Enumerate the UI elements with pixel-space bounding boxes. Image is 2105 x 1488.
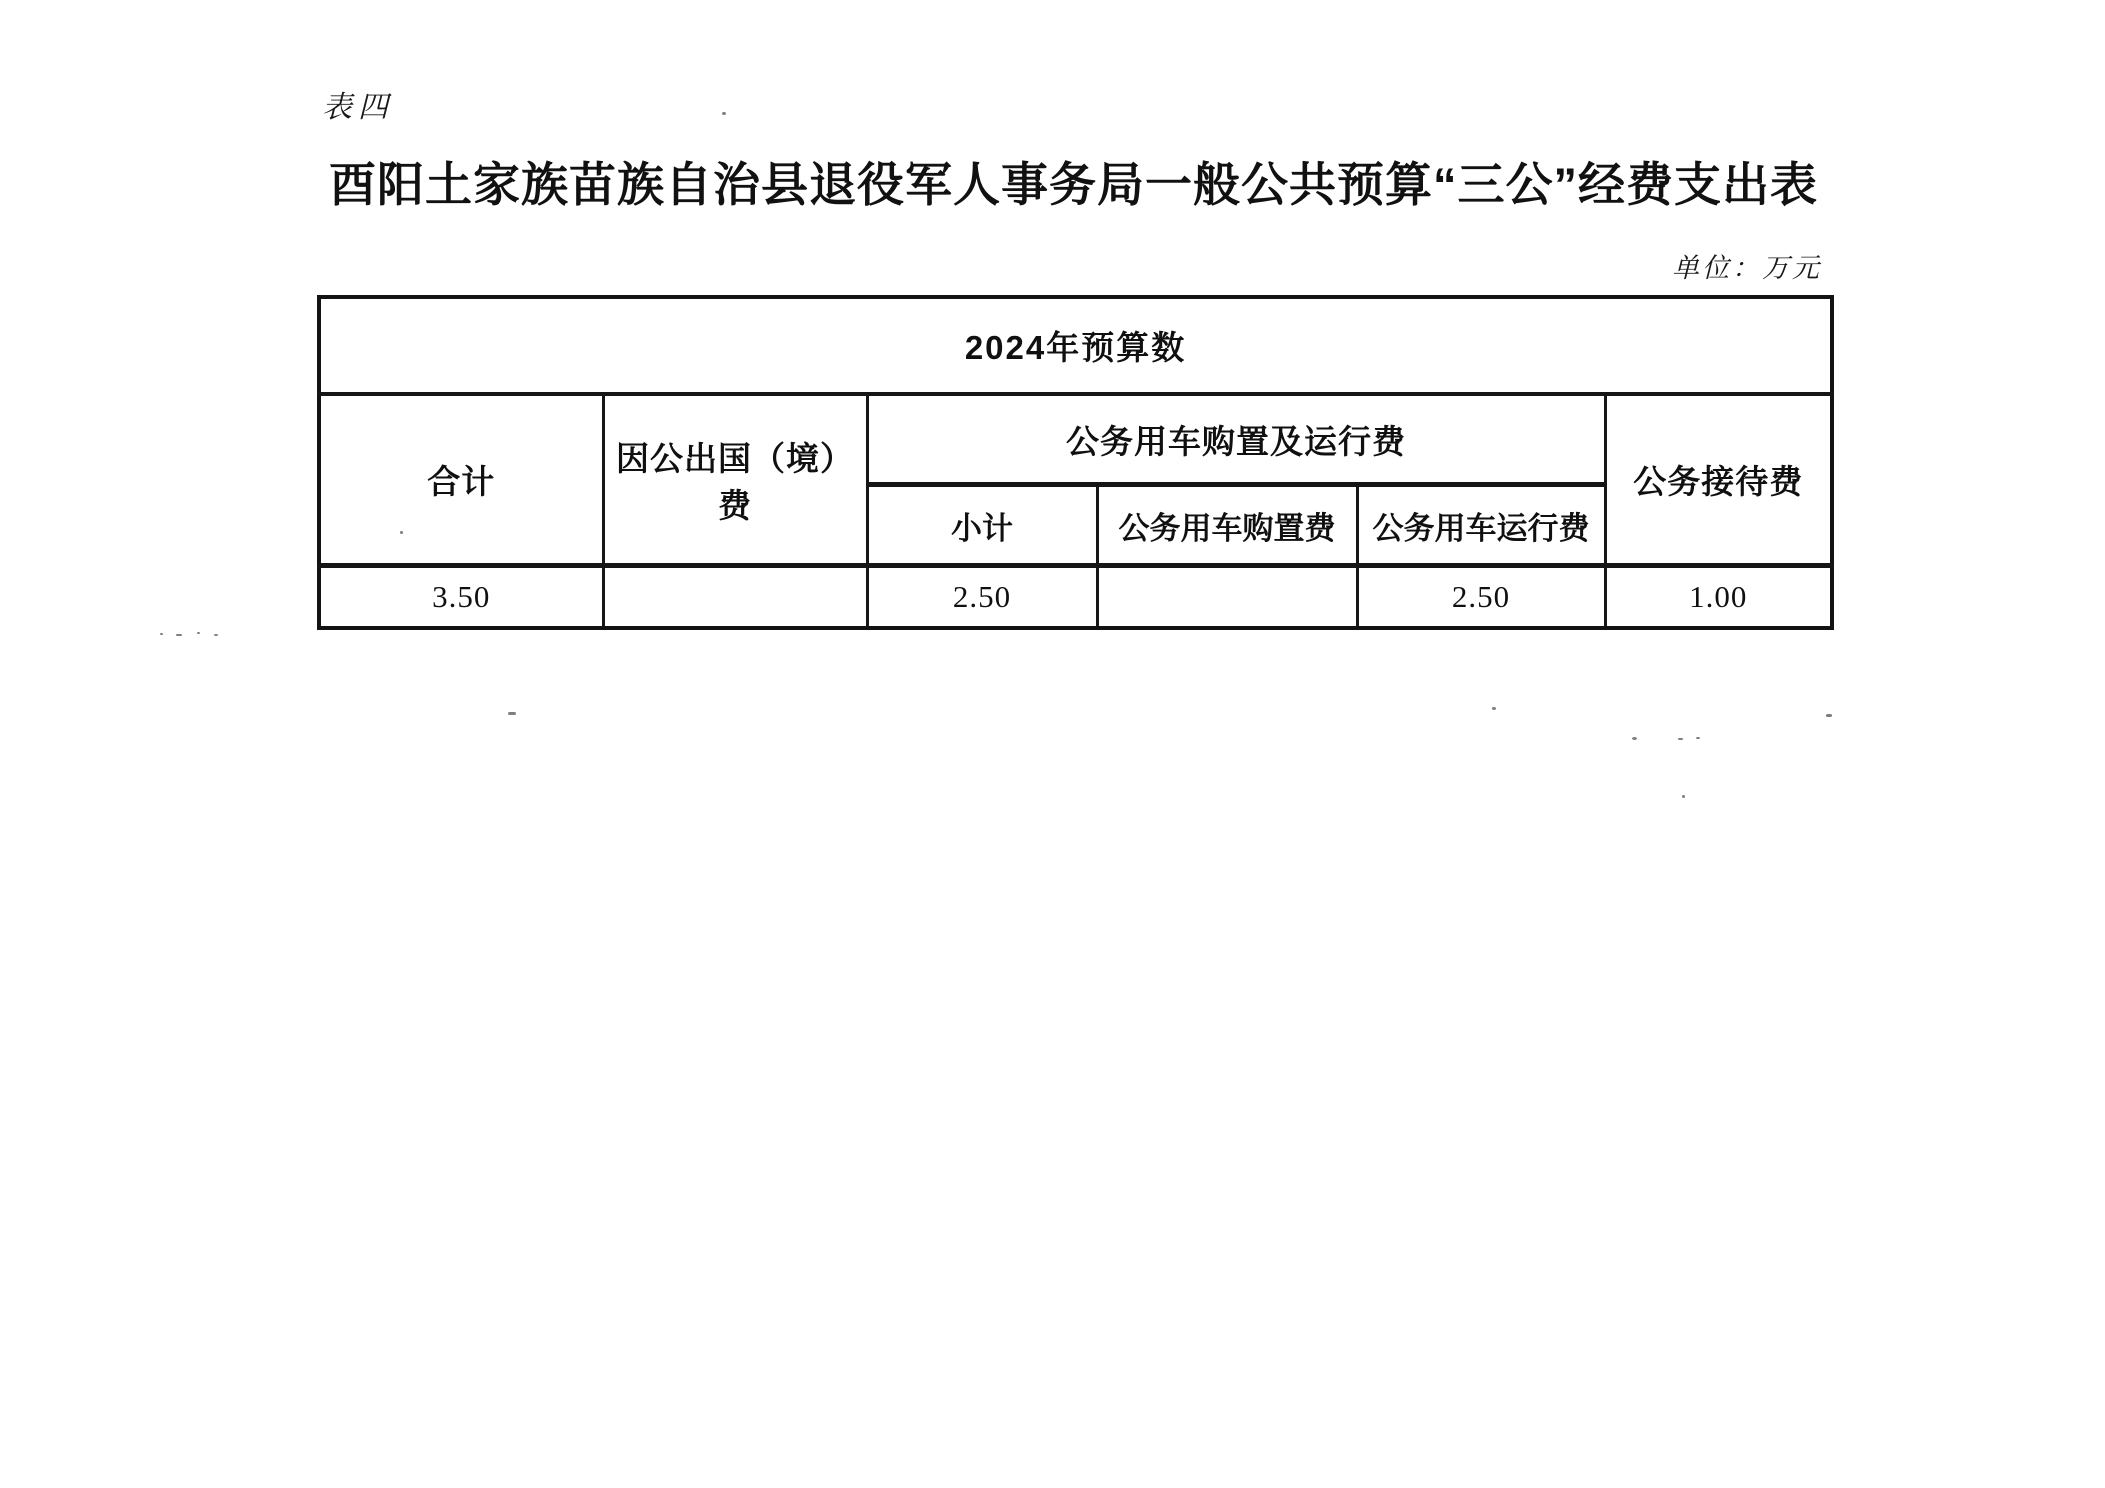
table-number-label: 表四	[322, 82, 394, 126]
scan-speck	[508, 712, 516, 715]
table-row-values: 3.50 2.50 2.50 1.00	[319, 566, 1832, 629]
value-total: 3.50	[319, 566, 603, 629]
value-reception: 1.00	[1605, 566, 1832, 629]
scan-speck	[400, 531, 403, 534]
scan-speck	[1678, 738, 1683, 740]
value-abroad	[603, 566, 867, 629]
scan-speck	[1632, 737, 1637, 740]
year-header-cell: 2024年预算数	[319, 297, 1832, 394]
header-vehicle-operation: 公务用车运行费	[1357, 485, 1605, 566]
header-vehicle-group: 公务用车购置及运行费	[867, 394, 1605, 485]
header-total: 合计	[319, 394, 603, 566]
value-vehicle-subtotal: 2.50	[867, 566, 1097, 629]
value-vehicle-operation: 2.50	[1357, 566, 1605, 629]
scan-speck	[1492, 707, 1496, 710]
value-vehicle-purchase	[1097, 566, 1357, 629]
document-page: 表四 酉阳土家族苗族自治县退役军人事务局一般公共预算“三公”经费支出表 单位：万…	[0, 0, 2105, 1488]
header-reception: 公务接待费	[1605, 394, 1832, 566]
scan-speck	[160, 633, 163, 635]
scan-speck	[1826, 714, 1832, 717]
table-row-header-top: 合计 因公出国（境）费 公务用车购置及运行费 公务接待费	[319, 394, 1832, 485]
unit-note: 单位：万元	[1672, 246, 1822, 285]
scan-speck	[1696, 737, 1700, 739]
header-abroad: 因公出国（境）费	[603, 394, 867, 566]
table-row-year: 2024年预算数	[319, 297, 1832, 394]
header-vehicle-subtotal: 小计	[867, 485, 1097, 566]
scan-speck	[1682, 795, 1685, 798]
budget-table: 2024年预算数 合计 因公出国（境）费 公务用车购置及运行费 公务接待费 小计…	[317, 295, 1834, 630]
scan-speck	[197, 632, 200, 634]
scan-speck	[176, 634, 182, 636]
document-title: 酉阳土家族苗族自治县退役军人事务局一般公共预算“三公”经费支出表	[317, 148, 1830, 215]
header-vehicle-purchase: 公务用车购置费	[1097, 485, 1357, 566]
scan-speck	[722, 112, 726, 115]
scan-speck	[214, 634, 218, 636]
